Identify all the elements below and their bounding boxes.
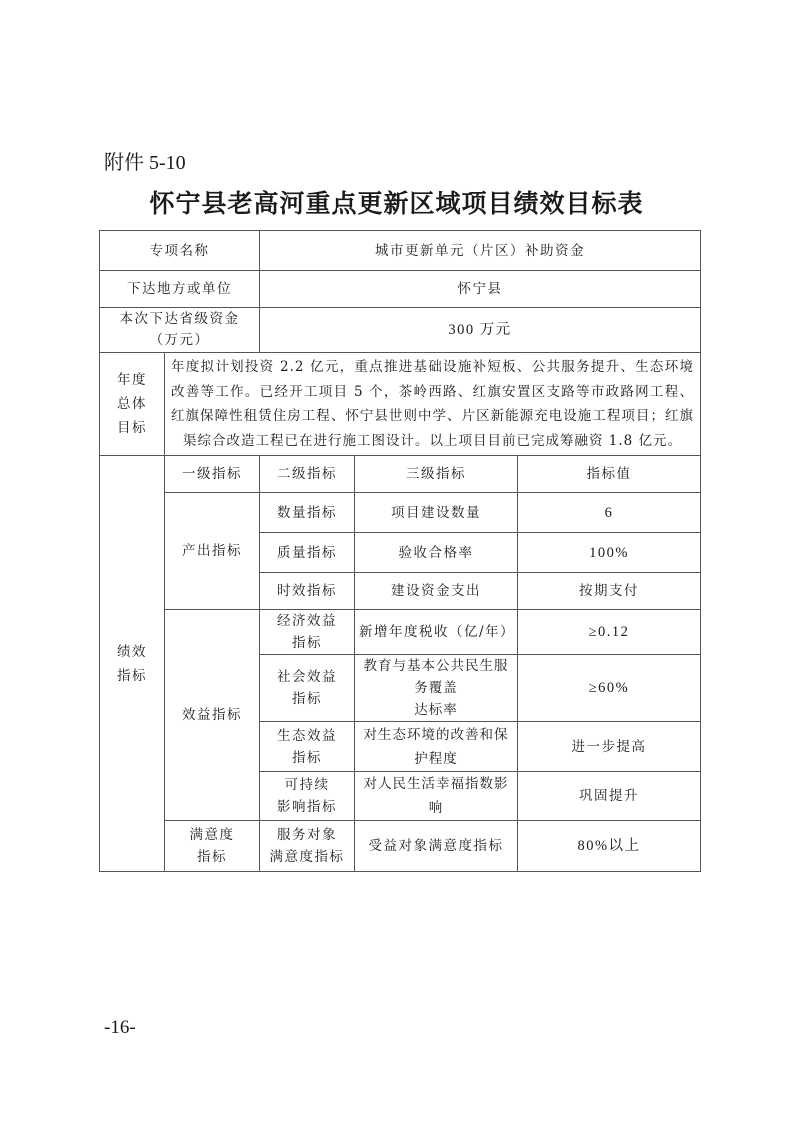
row-recipient: 下达地方或单位 怀宁县	[100, 271, 701, 308]
value-cell: 80%以上	[518, 821, 701, 872]
funds-label-line2: （万元）	[104, 330, 255, 351]
level2-cell: 可持续 影响指标	[260, 772, 355, 821]
level2-line1: 服务对象	[264, 824, 350, 846]
level3-cell: 项目建设数量	[355, 493, 518, 533]
header-level3: 三级指标	[355, 456, 518, 493]
level3-cell: 对人民生活幸福指数影响	[355, 772, 518, 821]
indicator-section-label-line1: 绩效	[104, 640, 160, 664]
header-level1: 一级指标	[165, 456, 260, 493]
level3-line2: 达标率	[359, 699, 513, 721]
funds-value: 300 万元	[260, 308, 701, 353]
annual-goal-label: 年度 总体 目标	[100, 353, 165, 456]
indicator-section-label-line2: 指标	[104, 664, 160, 688]
level1-satisfaction: 满意度 指标	[165, 821, 260, 872]
level3-cell: 教育与基本公共民生服务覆盖 达标率	[355, 655, 518, 722]
attachment-label: 附件 5-10	[104, 146, 186, 175]
row-funds: 本次下达省级资金 （万元） 300 万元	[100, 308, 701, 353]
level2-line2: 指标	[264, 747, 350, 769]
value-cell: 进一步提高	[518, 722, 701, 772]
annual-goal-label-line2: 总体	[104, 392, 160, 416]
level2-line2: 满意度指标	[264, 846, 350, 868]
value-cell: ≥0.12	[518, 610, 701, 655]
value-cell: 巩固提升	[518, 772, 701, 821]
level3-cell: 验收合格率	[355, 533, 518, 573]
row-project-name: 专项名称 城市更新单元（片区）补助资金	[100, 231, 701, 271]
level2-cell: 数量指标	[260, 493, 355, 533]
level2-line1: 经济效益	[264, 610, 350, 632]
level2-cell: 社会效益 指标	[260, 655, 355, 722]
header-level2: 二级指标	[260, 456, 355, 493]
level2-cell: 时效指标	[260, 573, 355, 610]
level2-cell: 质量指标	[260, 533, 355, 573]
table-row: 产出指标 数量指标 项目建设数量 6	[100, 493, 701, 533]
level2-cell: 生态效益 指标	[260, 722, 355, 772]
annual-goal-label-line3: 目标	[104, 416, 160, 440]
level3-cell: 对生态环境的改善和保护程度	[355, 722, 518, 772]
level2-line2: 指标	[264, 688, 350, 710]
value-cell: 6	[518, 493, 701, 533]
recipient-label: 下达地方或单位	[100, 271, 260, 308]
value-cell: ≥60%	[518, 655, 701, 722]
indicator-header-row: 绩效 指标 一级指标 二级指标 三级指标 指标值	[100, 456, 701, 493]
project-name-value: 城市更新单元（片区）补助资金	[260, 231, 701, 271]
header-value: 指标值	[518, 456, 701, 493]
level2-line2: 指标	[264, 632, 350, 654]
value-cell: 100%	[518, 533, 701, 573]
level1-benefit: 效益指标	[165, 610, 260, 821]
performance-target-table: 专项名称 城市更新单元（片区）补助资金 下达地方或单位 怀宁县 本次下达省级资金…	[99, 230, 701, 872]
level2-line1: 社会效益	[264, 666, 350, 688]
page-number: -16-	[104, 1017, 136, 1039]
level3-cell: 新增年度税收（亿/年）	[355, 610, 518, 655]
level3-cell: 受益对象满意度指标	[355, 821, 518, 872]
level2-cell: 服务对象 满意度指标	[260, 821, 355, 872]
level1-output: 产出指标	[165, 493, 260, 610]
funds-label: 本次下达省级资金 （万元）	[100, 308, 260, 353]
table-row: 满意度 指标 服务对象 满意度指标 受益对象满意度指标 80%以上	[100, 821, 701, 872]
level3-cell: 建设资金支出	[355, 573, 518, 610]
value-cell: 按期支付	[518, 573, 701, 610]
table-row: 效益指标 经济效益 指标 新增年度税收（亿/年） ≥0.12	[100, 610, 701, 655]
recipient-value: 怀宁县	[260, 271, 701, 308]
project-name-label: 专项名称	[100, 231, 260, 271]
level2-line1: 生态效益	[264, 725, 350, 747]
level1-line2: 指标	[169, 846, 255, 868]
indicator-section-label: 绩效 指标	[100, 456, 165, 872]
level2-line2: 影响指标	[264, 796, 350, 818]
annual-goal-text: 年度拟计划投资 2.2 亿元，重点推进基础设施补短板、公共服务提升、生态环境改善…	[165, 353, 701, 456]
level2-line1: 可持续	[264, 774, 350, 796]
row-annual-goal: 年度 总体 目标 年度拟计划投资 2.2 亿元，重点推进基础设施补短板、公共服务…	[100, 353, 701, 456]
level2-cell: 经济效益 指标	[260, 610, 355, 655]
annual-goal-label-line1: 年度	[104, 368, 160, 392]
document-title: 怀宁县老高河重点更新区域项目绩效目标表	[0, 184, 793, 220]
funds-label-line1: 本次下达省级资金	[104, 309, 255, 330]
level1-line1: 满意度	[169, 824, 255, 846]
level3-line1: 教育与基本公共民生服务覆盖	[359, 655, 513, 699]
